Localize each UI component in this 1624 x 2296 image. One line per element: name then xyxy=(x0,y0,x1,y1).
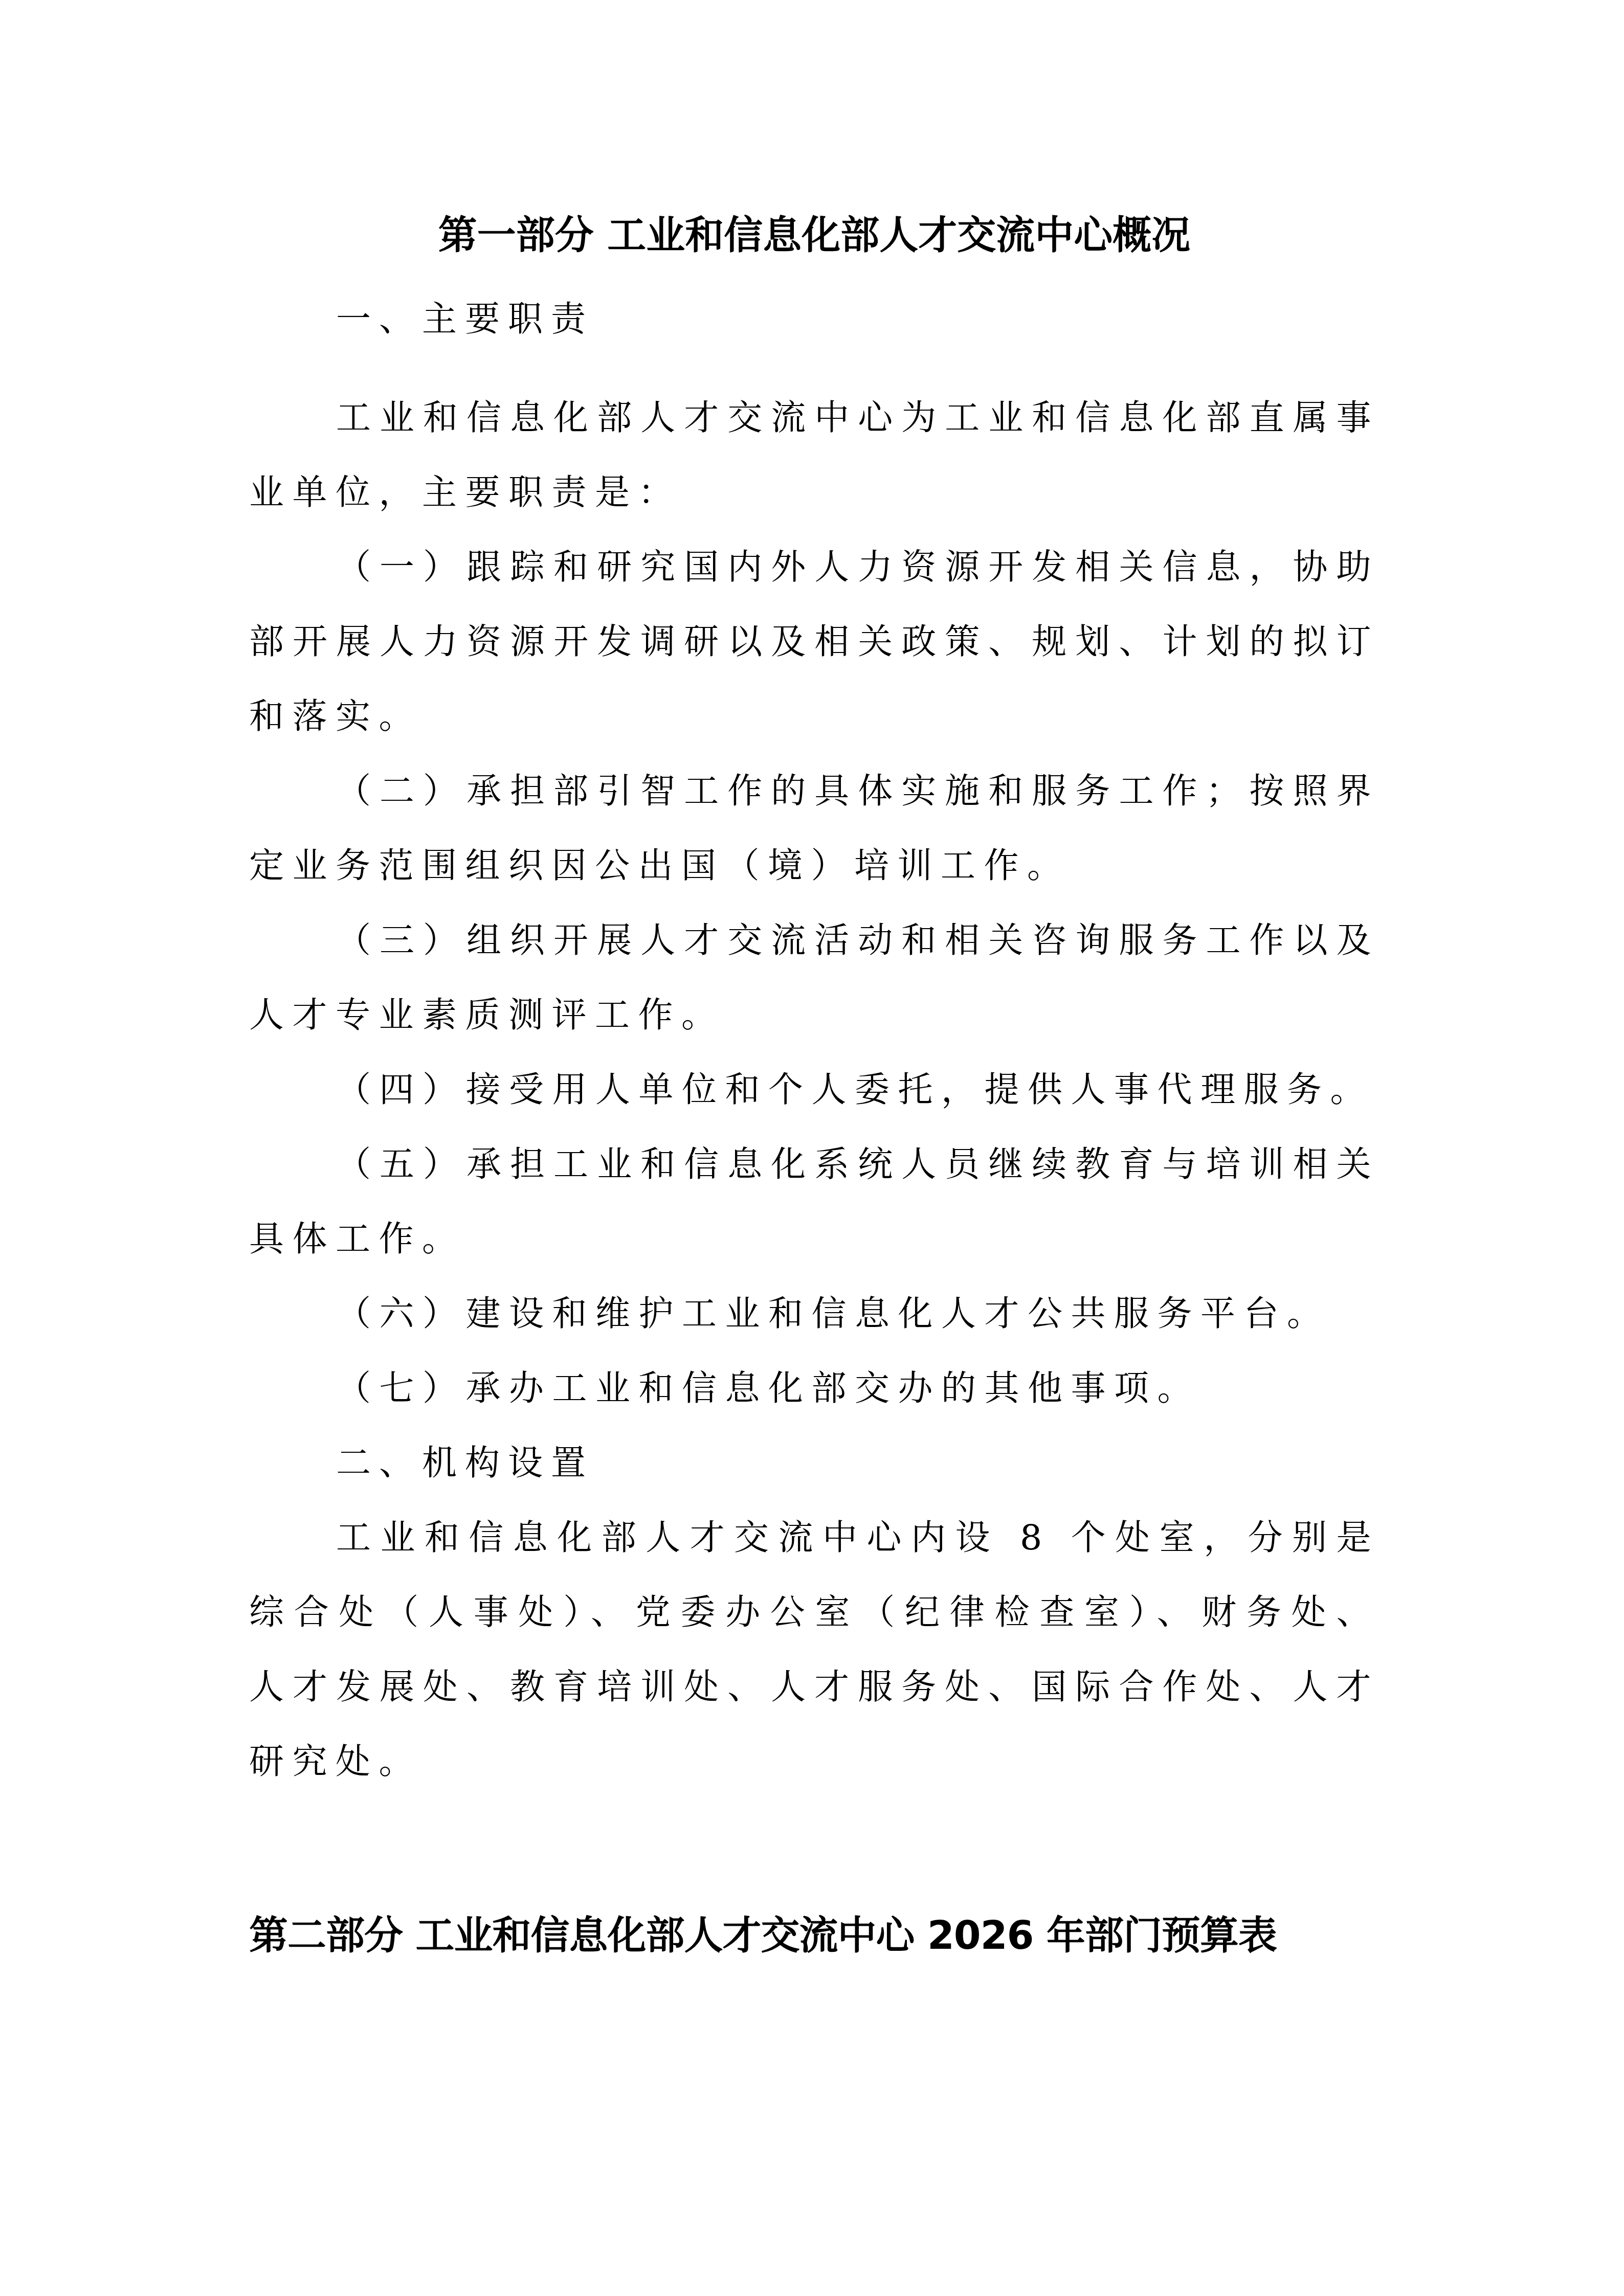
duty-item-1: （一）跟踪和研究国内外人力资源开发相关信息，协助部开展人力资源开发调研以及相关政… xyxy=(249,530,1380,754)
duty-item-5: （五）承担工业和信息化系统人员继续教育与培训相关具体工作。 xyxy=(249,1128,1380,1277)
part1-title: 第一部分 工业和信息化部人才交流中心概况 xyxy=(249,210,1380,261)
section1-heading: 一、主要职责 xyxy=(336,294,594,345)
duty-item-3: （三）组织开展人才交流活动和相关咨询服务工作以及人才专业素质测评工作。 xyxy=(249,904,1380,1053)
section1-intro: 工业和信息化部人才交流中心为工业和信息化部直属事业单位，主要职责是： xyxy=(249,381,1380,530)
duty-item-7: （七）承办工业和信息化部交办的其他事项。 xyxy=(249,1352,1380,1426)
section2-heading: 二、机构设置 xyxy=(336,1438,594,1489)
part2-title: 第二部分 工业和信息化部人才交流中心 2026 年部门预算表 xyxy=(249,1910,1380,1961)
section2-body: 工业和信息化部人才交流中心内设 8 个处室，分别是综合处（人事处）、党委办公室（… xyxy=(249,1501,1380,1799)
duty-item-2: （二）承担部引智工作的具体实施和服务工作；按照界定业务范围组织因公出国（境）培训… xyxy=(249,754,1380,904)
duty-item-4: （四）接受用人单位和个人委托，提供人事代理服务。 xyxy=(249,1053,1380,1128)
duty-item-6: （六）建设和维护工业和信息化人才公共服务平台。 xyxy=(249,1277,1380,1352)
